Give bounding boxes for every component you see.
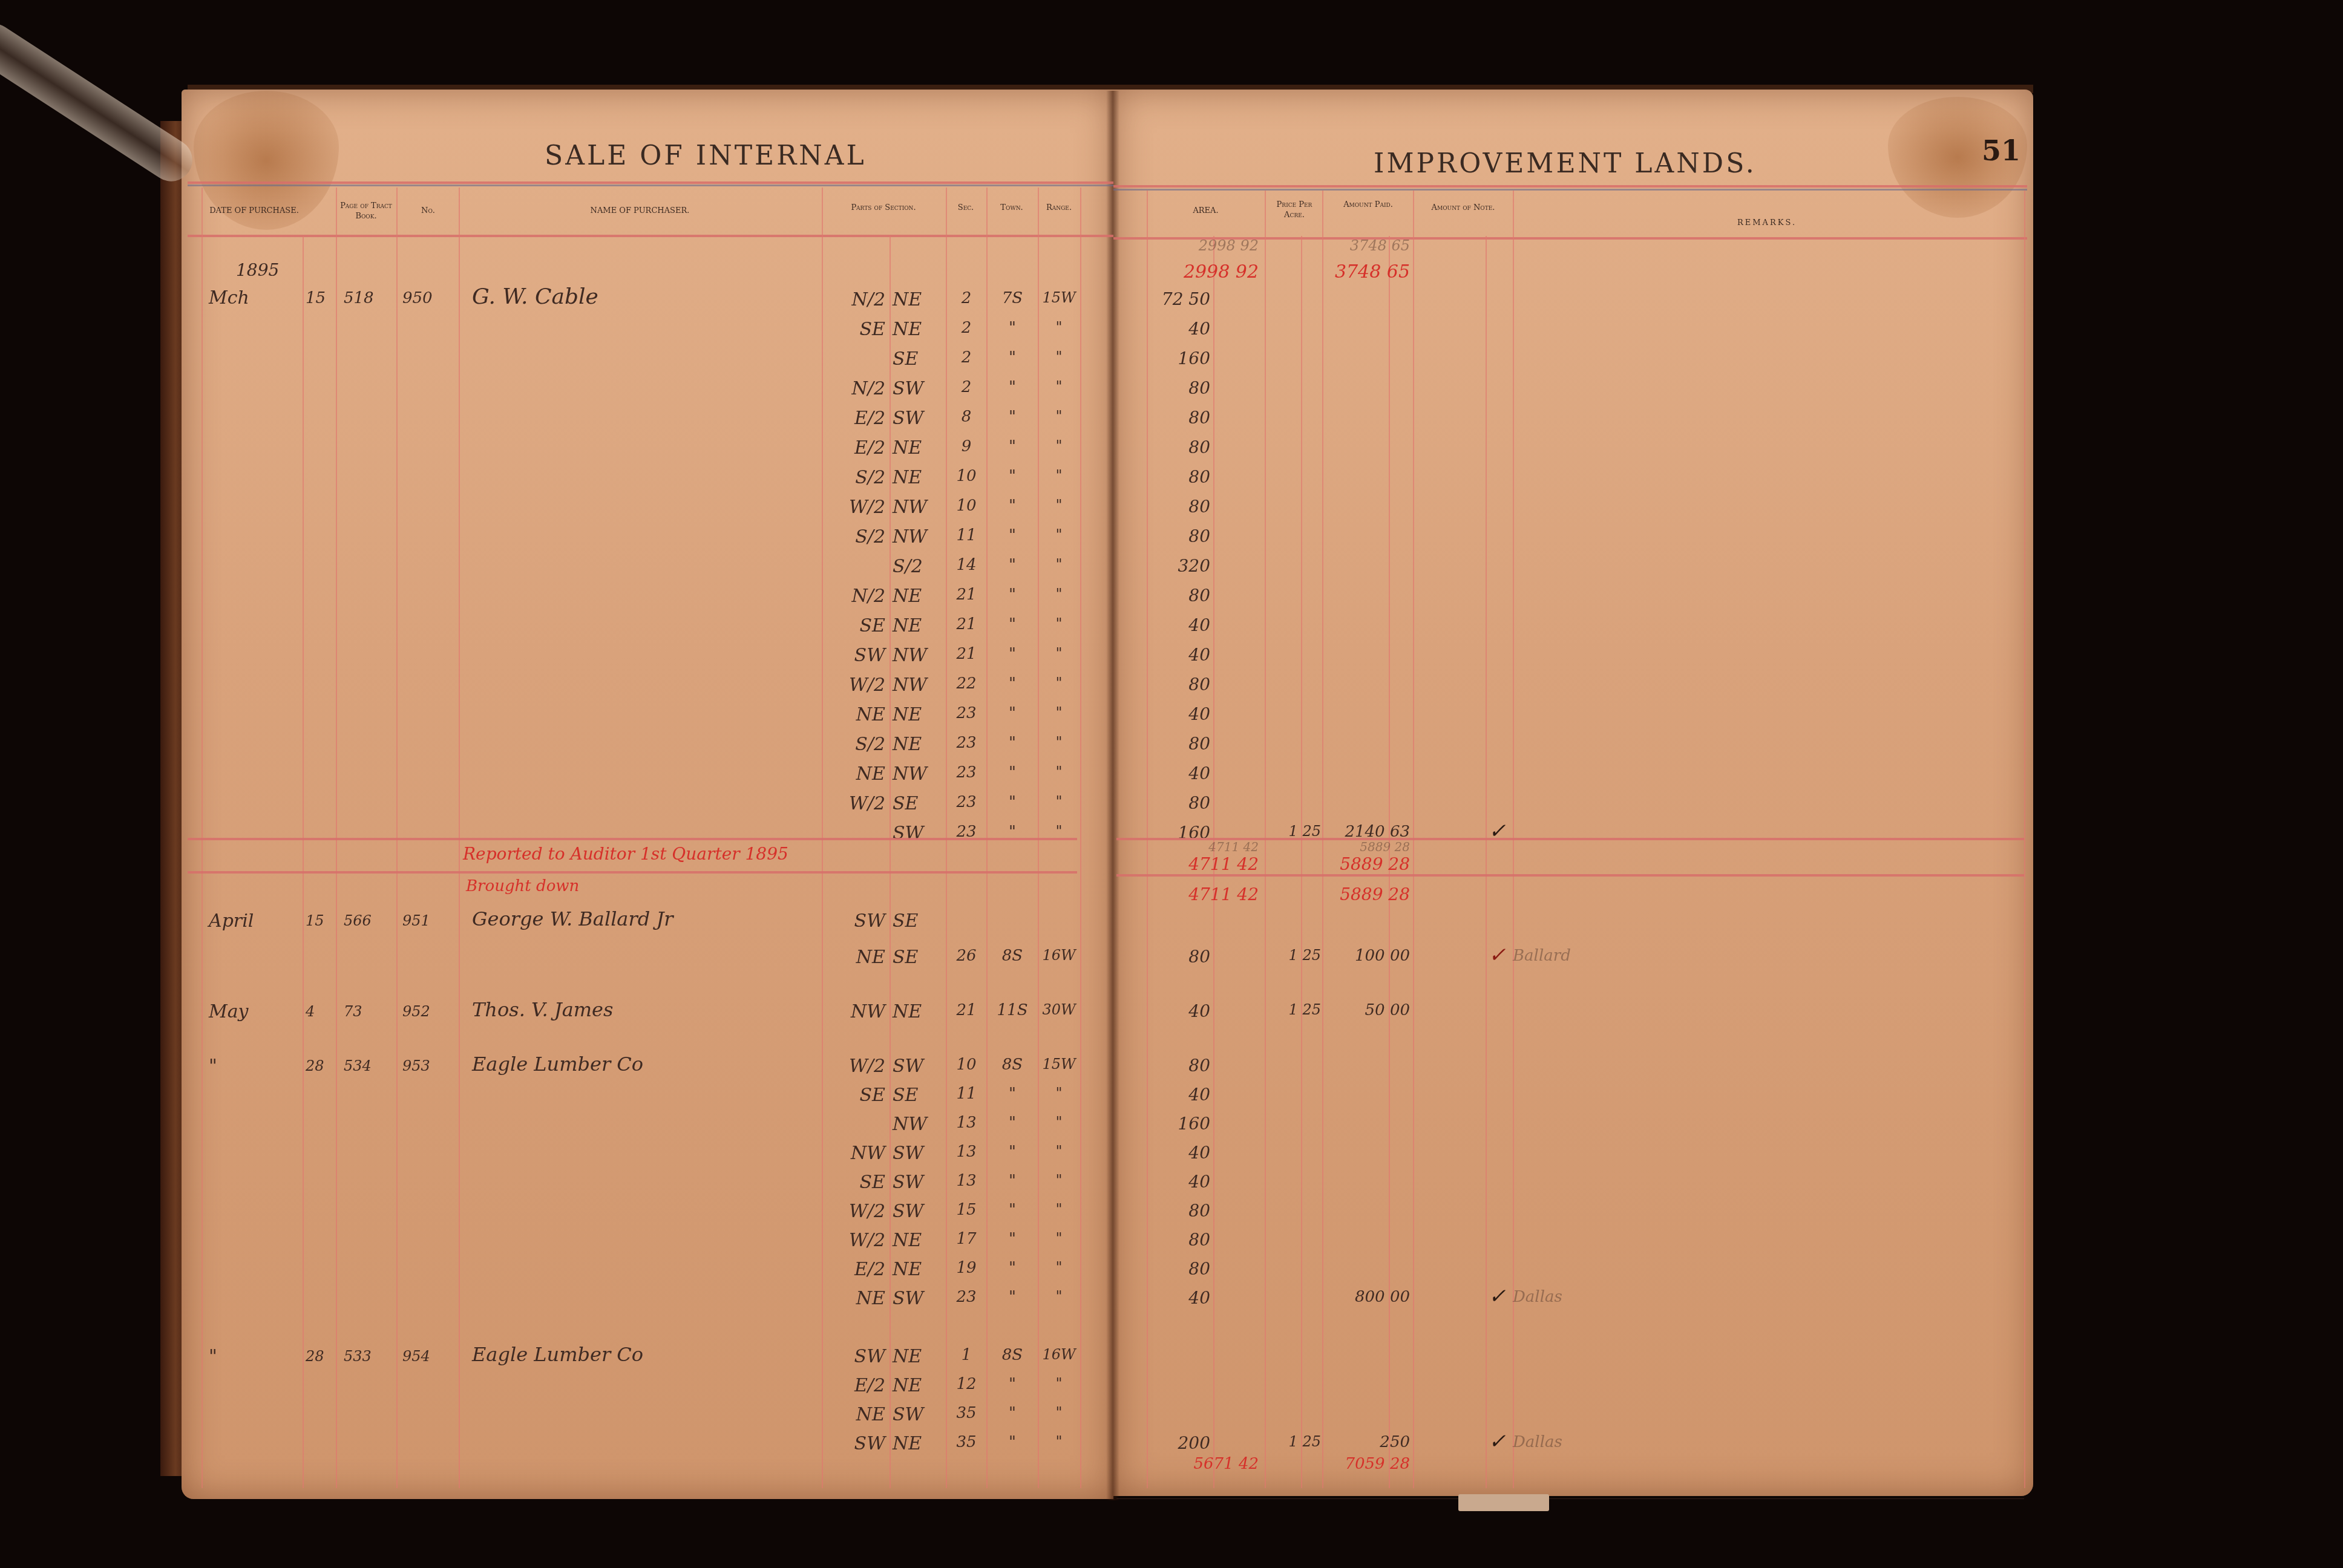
parcel-quarter: NE xyxy=(893,437,944,459)
parcel-quarter: NE xyxy=(893,1433,944,1454)
parcel-town: " xyxy=(989,1433,1036,1451)
page-number: 51 xyxy=(1982,134,2020,167)
parcel-town: 8S xyxy=(989,1056,1036,1074)
entry-day: 4 xyxy=(306,1003,315,1020)
parcel-town: 7S xyxy=(989,289,1036,307)
parcel-town: " xyxy=(989,378,1036,396)
parcel-area: 80 xyxy=(1150,467,1210,487)
entry-tract-page: 73 xyxy=(344,1003,362,1020)
parcel-price: 1 25 xyxy=(1268,1001,1321,1018)
parcel-part: W/2 xyxy=(828,1201,885,1222)
parcel-range: " xyxy=(1040,1114,1078,1131)
quarter-area: 4711 42 xyxy=(1150,854,1259,874)
parcel-sec: 21 xyxy=(949,645,984,663)
carried-area-red: 2998 92 xyxy=(1150,261,1259,283)
parcel-amount-paid: 250 xyxy=(1325,1433,1410,1451)
parcel-quarter: SW xyxy=(893,408,944,429)
parcel-range: " xyxy=(1040,1404,1078,1421)
parcel-area: 80 xyxy=(1150,526,1210,546)
parcel-range: " xyxy=(1040,615,1078,632)
parcel-quarter: SW xyxy=(893,823,944,844)
parcel-area: 80 xyxy=(1150,1259,1210,1279)
parcel-range: " xyxy=(1040,1230,1078,1247)
parcel-area: 80 xyxy=(1150,497,1210,517)
parcel-quarter: NW xyxy=(893,497,944,518)
parcel-town: " xyxy=(989,556,1036,574)
entry-no: 953 xyxy=(402,1057,430,1074)
parcel-range: " xyxy=(1040,1172,1078,1189)
parcel-area: 40 xyxy=(1150,1143,1210,1163)
entry-purchaser: Thos. V. James xyxy=(472,998,613,1021)
carried-amount-pencil: 3748 65 xyxy=(1325,237,1410,254)
parcel-sec: 21 xyxy=(949,615,984,633)
parcel-range: " xyxy=(1040,556,1078,573)
parcel-remark: Dallas xyxy=(1513,1433,1562,1451)
header-parts-of-section: Parts of Section. xyxy=(823,203,944,213)
header-bottom-rule-left xyxy=(188,235,1113,237)
entry-no: 950 xyxy=(402,289,433,307)
carried-area-pencil: 2998 92 xyxy=(1150,237,1259,254)
parcel-town: " xyxy=(989,1143,1036,1161)
parcel-area: 160 xyxy=(1150,1114,1210,1134)
entry-no: 951 xyxy=(402,912,430,929)
entry-month: May xyxy=(209,1001,249,1022)
parcel-sec: 10 xyxy=(949,497,984,515)
parcel-quarter: NE xyxy=(893,586,944,607)
parcel-sec: 1 xyxy=(949,1346,984,1364)
parcel-price: 1 25 xyxy=(1268,947,1321,964)
parcel-range: " xyxy=(1040,645,1078,662)
header-town: Town. xyxy=(988,203,1036,213)
parcel-range: " xyxy=(1040,497,1078,514)
parcel-quarter: NE xyxy=(893,1259,944,1280)
parcel-town: " xyxy=(989,1172,1036,1190)
parcel-range: " xyxy=(1040,1201,1078,1218)
parcel-range: " xyxy=(1040,526,1078,543)
parcel-range: 16W xyxy=(1040,1346,1078,1363)
parcel-area: 40 xyxy=(1150,319,1210,339)
header-name-of-purchaser: NAME OF PURCHASER. xyxy=(460,206,820,216)
parcel-sec: 21 xyxy=(949,586,984,604)
col-rule xyxy=(303,236,304,1488)
parcel-town: " xyxy=(989,586,1036,604)
parcel-area: 80 xyxy=(1150,793,1210,813)
parcel-range: 30W xyxy=(1040,1001,1078,1018)
parcel-quarter: SW xyxy=(893,1143,944,1164)
header-sec: Sec. xyxy=(947,203,985,213)
header-top-rule-right xyxy=(1113,189,2027,191)
header-date-of-purchase: DATE OF PURCHASE. xyxy=(206,206,303,216)
parcel-sec: 26 xyxy=(949,947,984,965)
parcel-area: 320 xyxy=(1150,556,1210,576)
parcel-area: 40 xyxy=(1150,1001,1210,1021)
parcel-part: SW xyxy=(828,1346,885,1367)
parcel-area: 80 xyxy=(1150,1201,1210,1221)
parcel-town: " xyxy=(989,1201,1036,1219)
parcel-part: W/2 xyxy=(828,1230,885,1251)
quarter-rule-top-left xyxy=(188,838,1077,840)
parcel-sec: 2 xyxy=(949,378,984,396)
entry-day: 28 xyxy=(306,1057,324,1074)
parcel-part: SW xyxy=(828,910,885,932)
parcel-area: 40 xyxy=(1150,1172,1210,1192)
entry-purchaser: George W. Ballard Jr xyxy=(472,907,673,930)
parcel-town: " xyxy=(989,1114,1036,1132)
parcel-sec: 10 xyxy=(949,1056,984,1074)
parcel-town: " xyxy=(989,763,1036,782)
parcel-quarter: NW xyxy=(893,526,944,547)
parcel-town: " xyxy=(989,615,1036,633)
entry-purchaser: G. W. Cable xyxy=(472,284,598,309)
parcel-town: " xyxy=(989,1259,1036,1277)
parcel-range: 15W xyxy=(1040,289,1078,306)
parcel-town: " xyxy=(989,675,1036,693)
parcel-area: 80 xyxy=(1150,1056,1210,1076)
header-top-rule-right-red xyxy=(1113,185,2027,188)
book-gutter xyxy=(1106,91,1119,1500)
header-top-rule-left-red xyxy=(188,181,1113,184)
parcel-range: " xyxy=(1040,586,1078,603)
parcel-amount-paid: 800 00 xyxy=(1325,1288,1410,1306)
parcel-quarter: NE xyxy=(893,319,944,340)
parcel-part: S/2 xyxy=(828,734,885,755)
parcel-sec: 13 xyxy=(949,1143,984,1161)
header-range: Range. xyxy=(1039,203,1079,213)
parcel-range: 16W xyxy=(1040,947,1078,964)
parcel-quarter: SW xyxy=(893,1201,944,1222)
parcel-sec: 2 xyxy=(949,348,984,367)
parcel-part: E/2 xyxy=(828,1375,885,1396)
parcel-sec: 23 xyxy=(949,734,984,752)
parcel-part: N/2 xyxy=(828,289,885,310)
parcel-town: 8S xyxy=(989,1346,1036,1364)
parcel-area: 40 xyxy=(1150,704,1210,724)
parcel-sec: 2 xyxy=(949,289,984,307)
page-total-amount: 7059 28 xyxy=(1325,1455,1410,1473)
parcel-town: " xyxy=(989,497,1036,515)
col-rule xyxy=(2024,191,2025,1488)
parcel-price: 1 25 xyxy=(1268,823,1321,840)
parcel-area: 80 xyxy=(1150,378,1210,398)
quarter-rule-bottom-left xyxy=(188,871,1077,874)
header-no: No. xyxy=(399,206,457,216)
parcel-sec: 17 xyxy=(949,1230,984,1248)
entry-day: 15 xyxy=(306,289,326,307)
parcel-part: W/2 xyxy=(828,793,885,814)
parcel-town: " xyxy=(989,1230,1036,1248)
parcel-sec: 11 xyxy=(949,1085,984,1103)
entry-tract-page: 518 xyxy=(344,289,374,307)
parcel-area: 40 xyxy=(1150,1085,1210,1105)
parcel-part: E/2 xyxy=(828,1259,885,1280)
parcel-sec: 2 xyxy=(949,319,984,337)
parcel-sec: 23 xyxy=(949,763,984,782)
parcel-part: E/2 xyxy=(828,408,885,429)
parcel-range: " xyxy=(1040,437,1078,454)
parcel-quarter: SE xyxy=(893,947,944,968)
parcel-area: 40 xyxy=(1150,1288,1210,1308)
quarter-amount-pencil: 5889 28 xyxy=(1325,840,1410,854)
entry-tract-page: 534 xyxy=(344,1057,372,1074)
check-mark-icon: ✓ xyxy=(1489,943,1506,967)
col-rule xyxy=(1301,236,1302,1488)
title-left: SALE OF INTERNAL xyxy=(545,140,867,171)
entry-year: 1895 xyxy=(236,260,279,280)
parcel-town: " xyxy=(989,793,1036,811)
parcel-quarter: NW xyxy=(893,675,944,696)
quarter-amount: 5889 28 xyxy=(1325,854,1410,874)
parcel-sec: 14 xyxy=(949,556,984,574)
parcel-sec: 8 xyxy=(949,408,984,426)
parcel-range: " xyxy=(1040,675,1078,691)
parcel-sec: 13 xyxy=(949,1114,984,1132)
parcel-quarter: SW xyxy=(893,1056,944,1077)
parcel-town: " xyxy=(989,319,1036,337)
parcel-quarter: NE xyxy=(893,289,944,310)
check-mark-icon: ✓ xyxy=(1489,1284,1506,1308)
parcel-part: NE xyxy=(828,1404,885,1425)
header-remarks: REMARKS. xyxy=(1706,218,1827,228)
parcel-range: 15W xyxy=(1040,1056,1078,1073)
parcel-quarter: NW xyxy=(893,645,944,666)
entry-tract-page: 566 xyxy=(344,912,372,929)
parcel-quarter: S/2 xyxy=(893,556,944,577)
parcel-part: S/2 xyxy=(828,526,885,547)
entry-tract-page: 533 xyxy=(344,1348,372,1365)
brought-down-amount: 5889 28 xyxy=(1325,884,1410,904)
parcel-town: " xyxy=(989,526,1036,544)
parcel-town: " xyxy=(989,348,1036,367)
parcel-part: W/2 xyxy=(828,675,885,696)
parcel-sec: 15 xyxy=(949,1201,984,1219)
parcel-sec: 21 xyxy=(949,1001,984,1019)
parcel-sec: 23 xyxy=(949,704,984,722)
entry-month: " xyxy=(209,1346,217,1367)
parcel-sec: 11 xyxy=(949,526,984,544)
parcel-sec: 13 xyxy=(949,1172,984,1190)
ruled-line xyxy=(1116,1498,2024,1499)
parcel-quarter: NE xyxy=(893,1375,944,1396)
parcel-quarter: NE xyxy=(893,734,944,755)
parcel-quarter: SW xyxy=(893,378,944,399)
paper-slip xyxy=(1458,1494,1549,1511)
parcel-sec: 23 xyxy=(949,1288,984,1306)
parcel-town: " xyxy=(989,645,1036,663)
parcel-part: SW xyxy=(828,1433,885,1454)
parcel-sec: 23 xyxy=(949,793,984,811)
entry-month: " xyxy=(209,1056,217,1077)
parcel-part: NE xyxy=(828,947,885,968)
brought-down-area: 4711 42 xyxy=(1150,884,1259,904)
parcel-sec: 9 xyxy=(949,437,984,456)
entry-purchaser: Eagle Lumber Co xyxy=(472,1343,643,1366)
parcel-range: " xyxy=(1040,734,1078,751)
parcel-area: 80 xyxy=(1150,947,1210,967)
parcel-quarter: NE xyxy=(893,704,944,725)
parcel-part: W/2 xyxy=(828,1056,885,1077)
entry-month: April xyxy=(209,910,254,932)
quarter-rule-bottom-right xyxy=(1116,874,2024,877)
parcel-remark: Ballard xyxy=(1513,947,1571,965)
parcel-area: 40 xyxy=(1150,763,1210,783)
parcel-area: 80 xyxy=(1150,1230,1210,1250)
parcel-range: " xyxy=(1040,467,1078,484)
right-page xyxy=(1113,90,2033,1496)
parcel-range: " xyxy=(1040,704,1078,721)
parcel-part: NE xyxy=(828,704,885,725)
parcel-quarter: SW xyxy=(893,1404,944,1425)
parcel-part: SE xyxy=(828,1172,885,1193)
brought-down-label: Brought down xyxy=(466,877,579,895)
header-area: AREA. xyxy=(1150,206,1262,216)
parcel-area: 40 xyxy=(1150,615,1210,635)
parcel-town: 11S xyxy=(989,1001,1036,1019)
parcel-range: " xyxy=(1040,1288,1078,1305)
parcel-part: E/2 xyxy=(828,437,885,459)
col-rule xyxy=(1080,188,1081,1488)
parcel-part: NE xyxy=(828,763,885,785)
parcel-quarter: SE xyxy=(893,910,944,932)
parcel-part: SE xyxy=(828,319,885,340)
parcel-sec: 19 xyxy=(949,1259,984,1277)
parcel-part: SE xyxy=(828,615,885,636)
parcel-range: " xyxy=(1040,1143,1078,1160)
parcel-range: " xyxy=(1040,1259,1078,1276)
parcel-part: NW xyxy=(828,1143,885,1164)
parcel-part: NW xyxy=(828,1001,885,1022)
parcel-sec: 12 xyxy=(949,1375,984,1393)
parcel-quarter: NE xyxy=(893,1001,944,1022)
col-rule xyxy=(1486,236,1487,1488)
parcel-quarter: SW xyxy=(893,1288,944,1309)
parcel-area: 160 xyxy=(1150,348,1210,368)
carried-amount-red: 3748 65 xyxy=(1325,261,1410,283)
parcel-quarter: SE xyxy=(893,1085,944,1106)
parcel-part: N/2 xyxy=(828,586,885,607)
parcel-area: 80 xyxy=(1150,734,1210,754)
title-right: IMPROVEMENT LANDS. xyxy=(1374,148,1757,179)
parcel-quarter: SE xyxy=(893,793,944,814)
entry-day: 15 xyxy=(306,912,324,929)
parcel-part: SW xyxy=(828,645,885,666)
parcel-quarter: SW xyxy=(893,1172,944,1193)
parcel-town: " xyxy=(989,1404,1036,1422)
entry-no: 954 xyxy=(402,1348,430,1365)
parcel-sec: 10 xyxy=(949,467,984,485)
quarter-report-label: Reported to Auditor 1st Quarter 1895 xyxy=(463,844,788,864)
header-price-per-acre: Price Per Acre. xyxy=(1268,200,1321,220)
parcel-area: 80 xyxy=(1150,675,1210,694)
header-page-of-tract-book: Page of Tract Book. xyxy=(339,201,393,221)
parcel-town: " xyxy=(989,467,1036,485)
parcel-quarter: NE xyxy=(893,615,944,636)
check-mark-icon: ✓ xyxy=(1489,1429,1506,1454)
parcel-town: " xyxy=(989,734,1036,752)
parcel-town: " xyxy=(989,408,1036,426)
parcel-part: SE xyxy=(828,1085,885,1106)
parcel-town: 8S xyxy=(989,947,1036,965)
parcel-quarter: NW xyxy=(893,1114,944,1135)
parcel-quarter: NE xyxy=(893,1346,944,1367)
parcel-town: " xyxy=(989,1085,1036,1103)
parcel-range: " xyxy=(1040,1085,1078,1102)
parcel-area: 72 50 xyxy=(1150,289,1210,309)
parcel-part: N/2 xyxy=(828,378,885,399)
header-amount-paid: Amount Paid. xyxy=(1325,200,1411,210)
parcel-town: " xyxy=(989,1375,1036,1393)
header-top-rule-left xyxy=(188,185,1113,186)
parcel-sec: 35 xyxy=(949,1433,984,1451)
parcel-range: " xyxy=(1040,793,1078,810)
entry-purchaser: Eagle Lumber Co xyxy=(472,1053,643,1076)
parcel-range: " xyxy=(1040,1433,1078,1450)
parcel-quarter: NE xyxy=(893,1230,944,1251)
pipette-tool xyxy=(0,16,200,189)
entry-no: 952 xyxy=(402,1003,430,1020)
col-rule xyxy=(890,236,891,1488)
parcel-area: 80 xyxy=(1150,408,1210,428)
parcel-part: NE xyxy=(828,1288,885,1309)
entry-day: 28 xyxy=(306,1348,324,1365)
parcel-range: " xyxy=(1040,408,1078,425)
parcel-area: 40 xyxy=(1150,645,1210,665)
parcel-remark: Dallas xyxy=(1513,1288,1562,1306)
parcel-range: " xyxy=(1040,763,1078,780)
parcel-price: 1 25 xyxy=(1268,1433,1321,1450)
parcel-range: " xyxy=(1040,348,1078,365)
parcel-amount-paid: 100 00 xyxy=(1325,947,1410,965)
parcel-area: 80 xyxy=(1150,437,1210,457)
entry-month: Mch xyxy=(209,287,249,309)
quarter-area-pencil: 4711 42 xyxy=(1150,840,1259,854)
parcel-range: " xyxy=(1040,378,1078,395)
parcel-range: " xyxy=(1040,1375,1078,1392)
parcel-town: " xyxy=(989,437,1036,456)
parcel-quarter: SE xyxy=(893,348,944,370)
parcel-range: " xyxy=(1040,319,1078,336)
parcel-area: 200 xyxy=(1150,1433,1210,1453)
parcel-range: " xyxy=(1040,823,1078,840)
parcel-town: " xyxy=(989,704,1036,722)
parcel-sec: 35 xyxy=(949,1404,984,1422)
header-amount-of-note: Amount of Note. xyxy=(1415,203,1512,213)
parcel-town: " xyxy=(989,1288,1036,1306)
parcel-part: W/2 xyxy=(828,497,885,518)
parcel-area: 80 xyxy=(1150,586,1210,606)
parcel-quarter: NE xyxy=(893,467,944,488)
page-total-area: 5671 42 xyxy=(1150,1455,1259,1473)
parcel-amount-paid: 50 00 xyxy=(1325,1001,1410,1019)
parcel-sec: 22 xyxy=(949,675,984,693)
parcel-part: S/2 xyxy=(828,467,885,488)
parcel-quarter: NW xyxy=(893,763,944,785)
